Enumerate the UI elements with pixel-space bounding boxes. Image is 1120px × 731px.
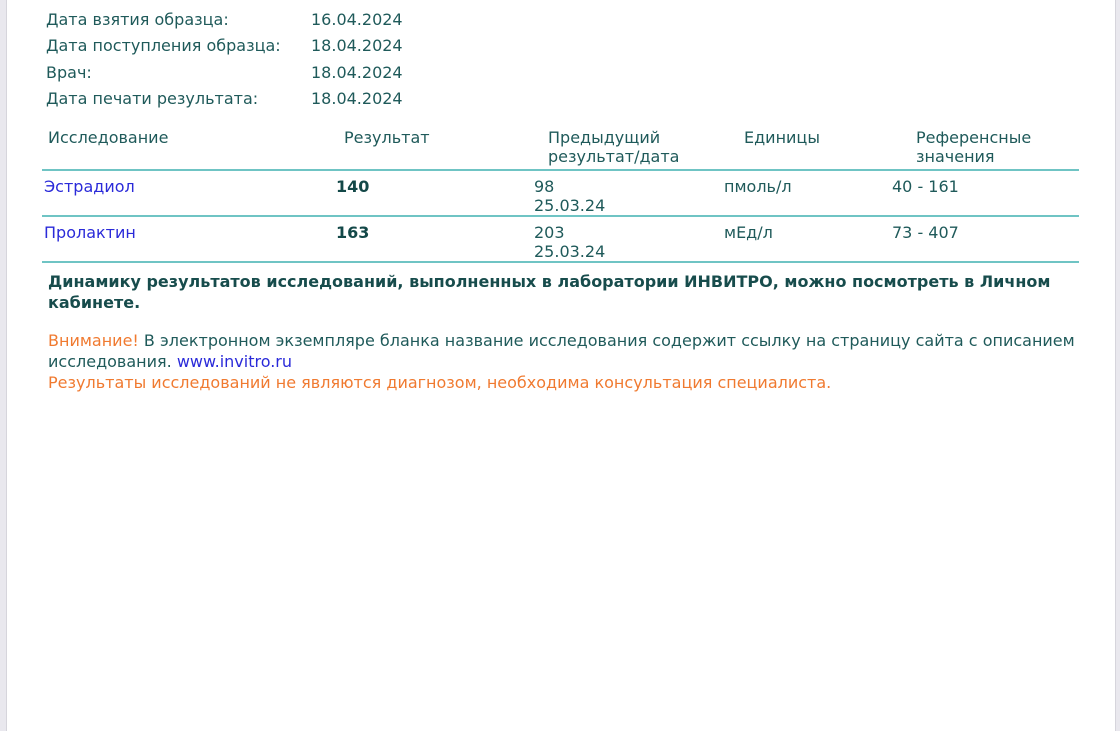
table-row: Эстрадиол 140 98 25.03.24 пмоль/л 40 - 1…: [42, 171, 1079, 215]
header-previous-line1: Предыдущий: [548, 128, 738, 147]
units: мЕд/л: [724, 223, 892, 261]
invitro-site-link[interactable]: www.invitro.ru: [177, 352, 292, 371]
header-test: Исследование: [42, 128, 340, 169]
header-units: Единицы: [738, 128, 912, 169]
meta-label: Врач:: [46, 63, 311, 82]
sample-received-row: Дата поступления образца: 18.04.2024: [46, 33, 403, 60]
result-value: 163: [336, 223, 534, 261]
header-reference-line2: значения: [916, 147, 1079, 166]
table-header: Исследование Результат Предыдущий резуль…: [42, 126, 1079, 169]
header-previous: Предыдущий результат/дата: [542, 128, 738, 169]
notice: Внимание! В электронном экземпляре бланк…: [48, 330, 1108, 393]
header-reference: Референсные значения: [912, 128, 1079, 169]
test-link-prolactin[interactable]: Пролактин: [44, 223, 136, 242]
document-page: Дата взятия образца: 16.04.2024 Дата пос…: [6, 0, 1116, 731]
warning-label: Внимание!: [48, 331, 139, 350]
previous-date: 25.03.24: [534, 196, 724, 215]
previous-result: 203 25.03.24: [534, 223, 724, 261]
disclaimer: Результаты исследований не являются диаг…: [48, 372, 1108, 393]
meta-label: Дата печати результата:: [46, 89, 311, 108]
test-link-estradiol[interactable]: Эстрадиол: [44, 177, 135, 196]
header-reference-line1: Референсные: [916, 128, 1079, 147]
doctor-row: Врач: 18.04.2024: [46, 59, 403, 86]
reference-range: 73 - 407: [892, 223, 1079, 261]
table-row: Пролактин 163 203 25.03.24 мЕд/л 73 - 40…: [42, 217, 1079, 261]
sample-info: Дата взятия образца: 16.04.2024 Дата пос…: [46, 6, 403, 112]
reference-range: 40 - 161: [892, 177, 1079, 215]
divider: [42, 261, 1079, 263]
previous-result: 98 25.03.24: [534, 177, 724, 215]
result-value: 140: [336, 177, 534, 215]
meta-value: 18.04.2024: [311, 63, 403, 82]
meta-value: 18.04.2024: [311, 89, 403, 108]
sample-taken-row: Дата взятия образца: 16.04.2024: [46, 6, 403, 33]
units: пмоль/л: [724, 177, 892, 215]
header-previous-line2: результат/дата: [548, 147, 738, 166]
dynamics-note: Динамику результатов исследований, выпол…: [48, 271, 1088, 313]
print-date-row: Дата печати результата: 18.04.2024: [46, 86, 403, 113]
previous-value: 98: [534, 177, 724, 196]
meta-label: Дата поступления образца:: [46, 36, 311, 55]
results-table: Исследование Результат Предыдущий резуль…: [42, 126, 1079, 263]
meta-value: 16.04.2024: [311, 10, 403, 29]
meta-label: Дата взятия образца:: [46, 10, 311, 29]
header-result: Результат: [340, 128, 542, 169]
meta-value: 18.04.2024: [311, 36, 403, 55]
previous-value: 203: [534, 223, 724, 242]
previous-date: 25.03.24: [534, 242, 724, 261]
